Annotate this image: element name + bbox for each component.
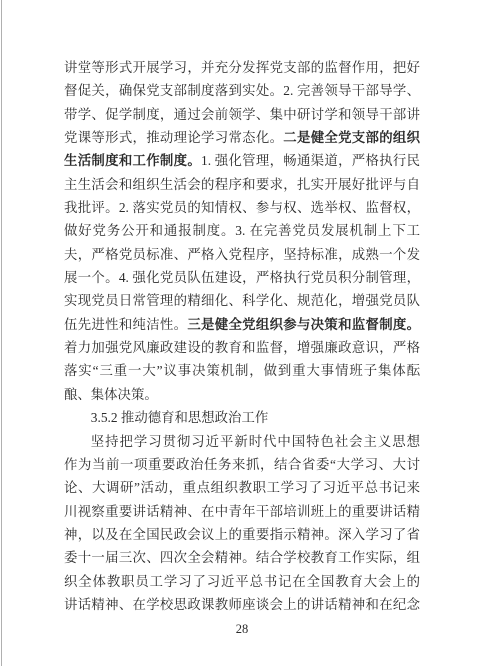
text-segment: 作为当前一项重要政治任务来抓，结合省委“大学习、大讨 xyxy=(64,457,420,472)
text-segment: 党课等形式，推动理论学习常态化。 xyxy=(64,130,283,145)
text-segment: 着力加强党风廉政建设的教育和监督，增强廉政意识，严格 xyxy=(64,340,420,355)
text-line: 论、大调研”活动，重点组织教职工学习了习近平总书记来 xyxy=(64,476,420,499)
text-segment: 酿、集体决策。 xyxy=(64,387,158,402)
text-segment: 讲话精神、在学校思政课教师座谈会上的讲话精神和在纪念 xyxy=(64,597,420,612)
text-segment: 1. 强化管理，畅通渠道，严格执行民 xyxy=(201,153,420,168)
bold-text-segment: 三是健全党组织参与决策和监督制度。 xyxy=(187,317,420,332)
text-segment: 3.5.2 推动德育和思想政治工作 xyxy=(91,410,268,425)
text-line: 伍先进性和纯洁性。三是健全党组织参与决策和监督制度。 xyxy=(64,313,420,336)
text-line: 川视察重要讲话精神、在中青年干部培训班上的重要讲话精 xyxy=(64,500,420,523)
text-line: 坚持把学习贯彻习近平新时代中国特色社会主义思想 xyxy=(64,430,420,453)
section-heading: 3.5.2 推动德育和思想政治工作 xyxy=(64,406,420,429)
text-line: 委十一届三次、四次全会精神。结合学校教育工作实际，组 xyxy=(64,546,420,569)
text-line: 作为当前一项重要政治任务来抓，结合省委“大学习、大讨 xyxy=(64,453,420,476)
text-line: 我批评。2. 落实党员的知情权、参与权、选举权、监督权， xyxy=(64,196,420,219)
document-page: 讲堂等形式开展学习，并充分发挥党支部的监督作用，把好督促关，确保党支部制度落到实… xyxy=(0,0,478,666)
text-segment: 织全体教职员工学习了习近平总书记在全国教育大会上的 xyxy=(64,574,420,589)
text-line: 落实“三重一大”议事决策机制，做到重大事情班子集体酝 xyxy=(64,359,420,382)
text-segment: 委十一届三次、四次全会精神。结合学校教育工作实际，组 xyxy=(64,550,420,565)
text-segment: 川视察重要讲话精神、在中青年干部培训班上的重要讲话精 xyxy=(64,504,420,519)
text-segment: 主生活会和组织生活会的程序和要求，扎实开展好批评与自 xyxy=(64,177,420,192)
text-segment: 督促关，确保党支部制度落到实处。2. 完善领导干部导学、 xyxy=(64,83,420,98)
text-line: 做好党务公开和通报制度。3. 在完善党员发展机制上下工 xyxy=(64,219,420,242)
text-line: 主生活会和组织生活会的程序和要求，扎实开展好批评与自 xyxy=(64,173,420,196)
text-segment: 论、大调研”活动，重点组织教职工学习了习近平总书记来 xyxy=(64,480,420,495)
document-body: 讲堂等形式开展学习，并充分发挥党支部的监督作用，把好督促关，确保党支部制度落到实… xyxy=(64,56,420,616)
text-line: 实现党员日常管理的精细化、科学化、规范化，增强党员队 xyxy=(64,289,420,312)
text-segment: 我批评。2. 落实党员的知情权、参与权、选举权、监督权， xyxy=(64,200,420,215)
bold-text-segment: 二是健全党支部的组织 xyxy=(283,130,420,145)
bold-text-segment: 生活制度和工作制度。 xyxy=(64,153,201,168)
page-number: 28 xyxy=(64,620,420,638)
text-line: 带学、促学制度，通过会前领学、集中研讨学和领导干部讲 xyxy=(64,103,420,126)
text-line: 督促关，确保党支部制度落到实处。2. 完善领导干部导学、 xyxy=(64,79,420,102)
text-segment: 实现党员日常管理的精细化、科学化、规范化，增强党员队 xyxy=(64,293,420,308)
text-line: 党课等形式，推动理论学习常态化。二是健全党支部的组织 xyxy=(64,126,420,149)
text-segment: 做好党务公开和通报制度。3. 在完善党员发展机制上下工 xyxy=(64,223,420,238)
text-segment: 神，以及在全国民政会议上的重要指示精神。深入学习了省 xyxy=(64,527,420,542)
page-left-edge-line xyxy=(1,0,2,666)
text-segment: 落实“三重一大”议事决策机制，做到重大事情班子集体酝 xyxy=(64,363,420,378)
text-segment: 伍先进性和纯洁性。 xyxy=(64,317,187,332)
text-segment: 坚持把学习贯彻习近平新时代中国特色社会主义思想 xyxy=(91,434,420,449)
text-line: 讲堂等形式开展学习，并充分发挥党支部的监督作用，把好 xyxy=(64,56,420,79)
text-line: 织全体教职员工学习了习近平总书记在全国教育大会上的 xyxy=(64,570,420,593)
text-line: 生活制度和工作制度。1. 强化管理，畅通渠道，严格执行民 xyxy=(64,149,420,172)
text-line: 酿、集体决策。 xyxy=(64,383,420,406)
text-segment: 夫，严格党员标准、严格入党程序，坚持标准，成熟一个发 xyxy=(64,247,420,262)
text-line: 夫，严格党员标准、严格入党程序，坚持标准，成熟一个发 xyxy=(64,243,420,266)
text-segment: 讲堂等形式开展学习，并充分发挥党支部的监督作用，把好 xyxy=(64,60,420,75)
text-line: 着力加强党风廉政建设的教育和监督，增强廉政意识，严格 xyxy=(64,336,420,359)
text-segment: 带学、促学制度，通过会前领学、集中研讨学和领导干部讲 xyxy=(64,107,420,122)
text-segment: 展一个。4. 强化党员队伍建设，严格执行党员积分制管理， xyxy=(64,270,420,285)
text-line: 讲话精神、在学校思政课教师座谈会上的讲话精神和在纪念 xyxy=(64,593,420,616)
text-line: 展一个。4. 强化党员队伍建设，严格执行党员积分制管理， xyxy=(64,266,420,289)
text-line: 神，以及在全国民政会议上的重要指示精神。深入学习了省 xyxy=(64,523,420,546)
